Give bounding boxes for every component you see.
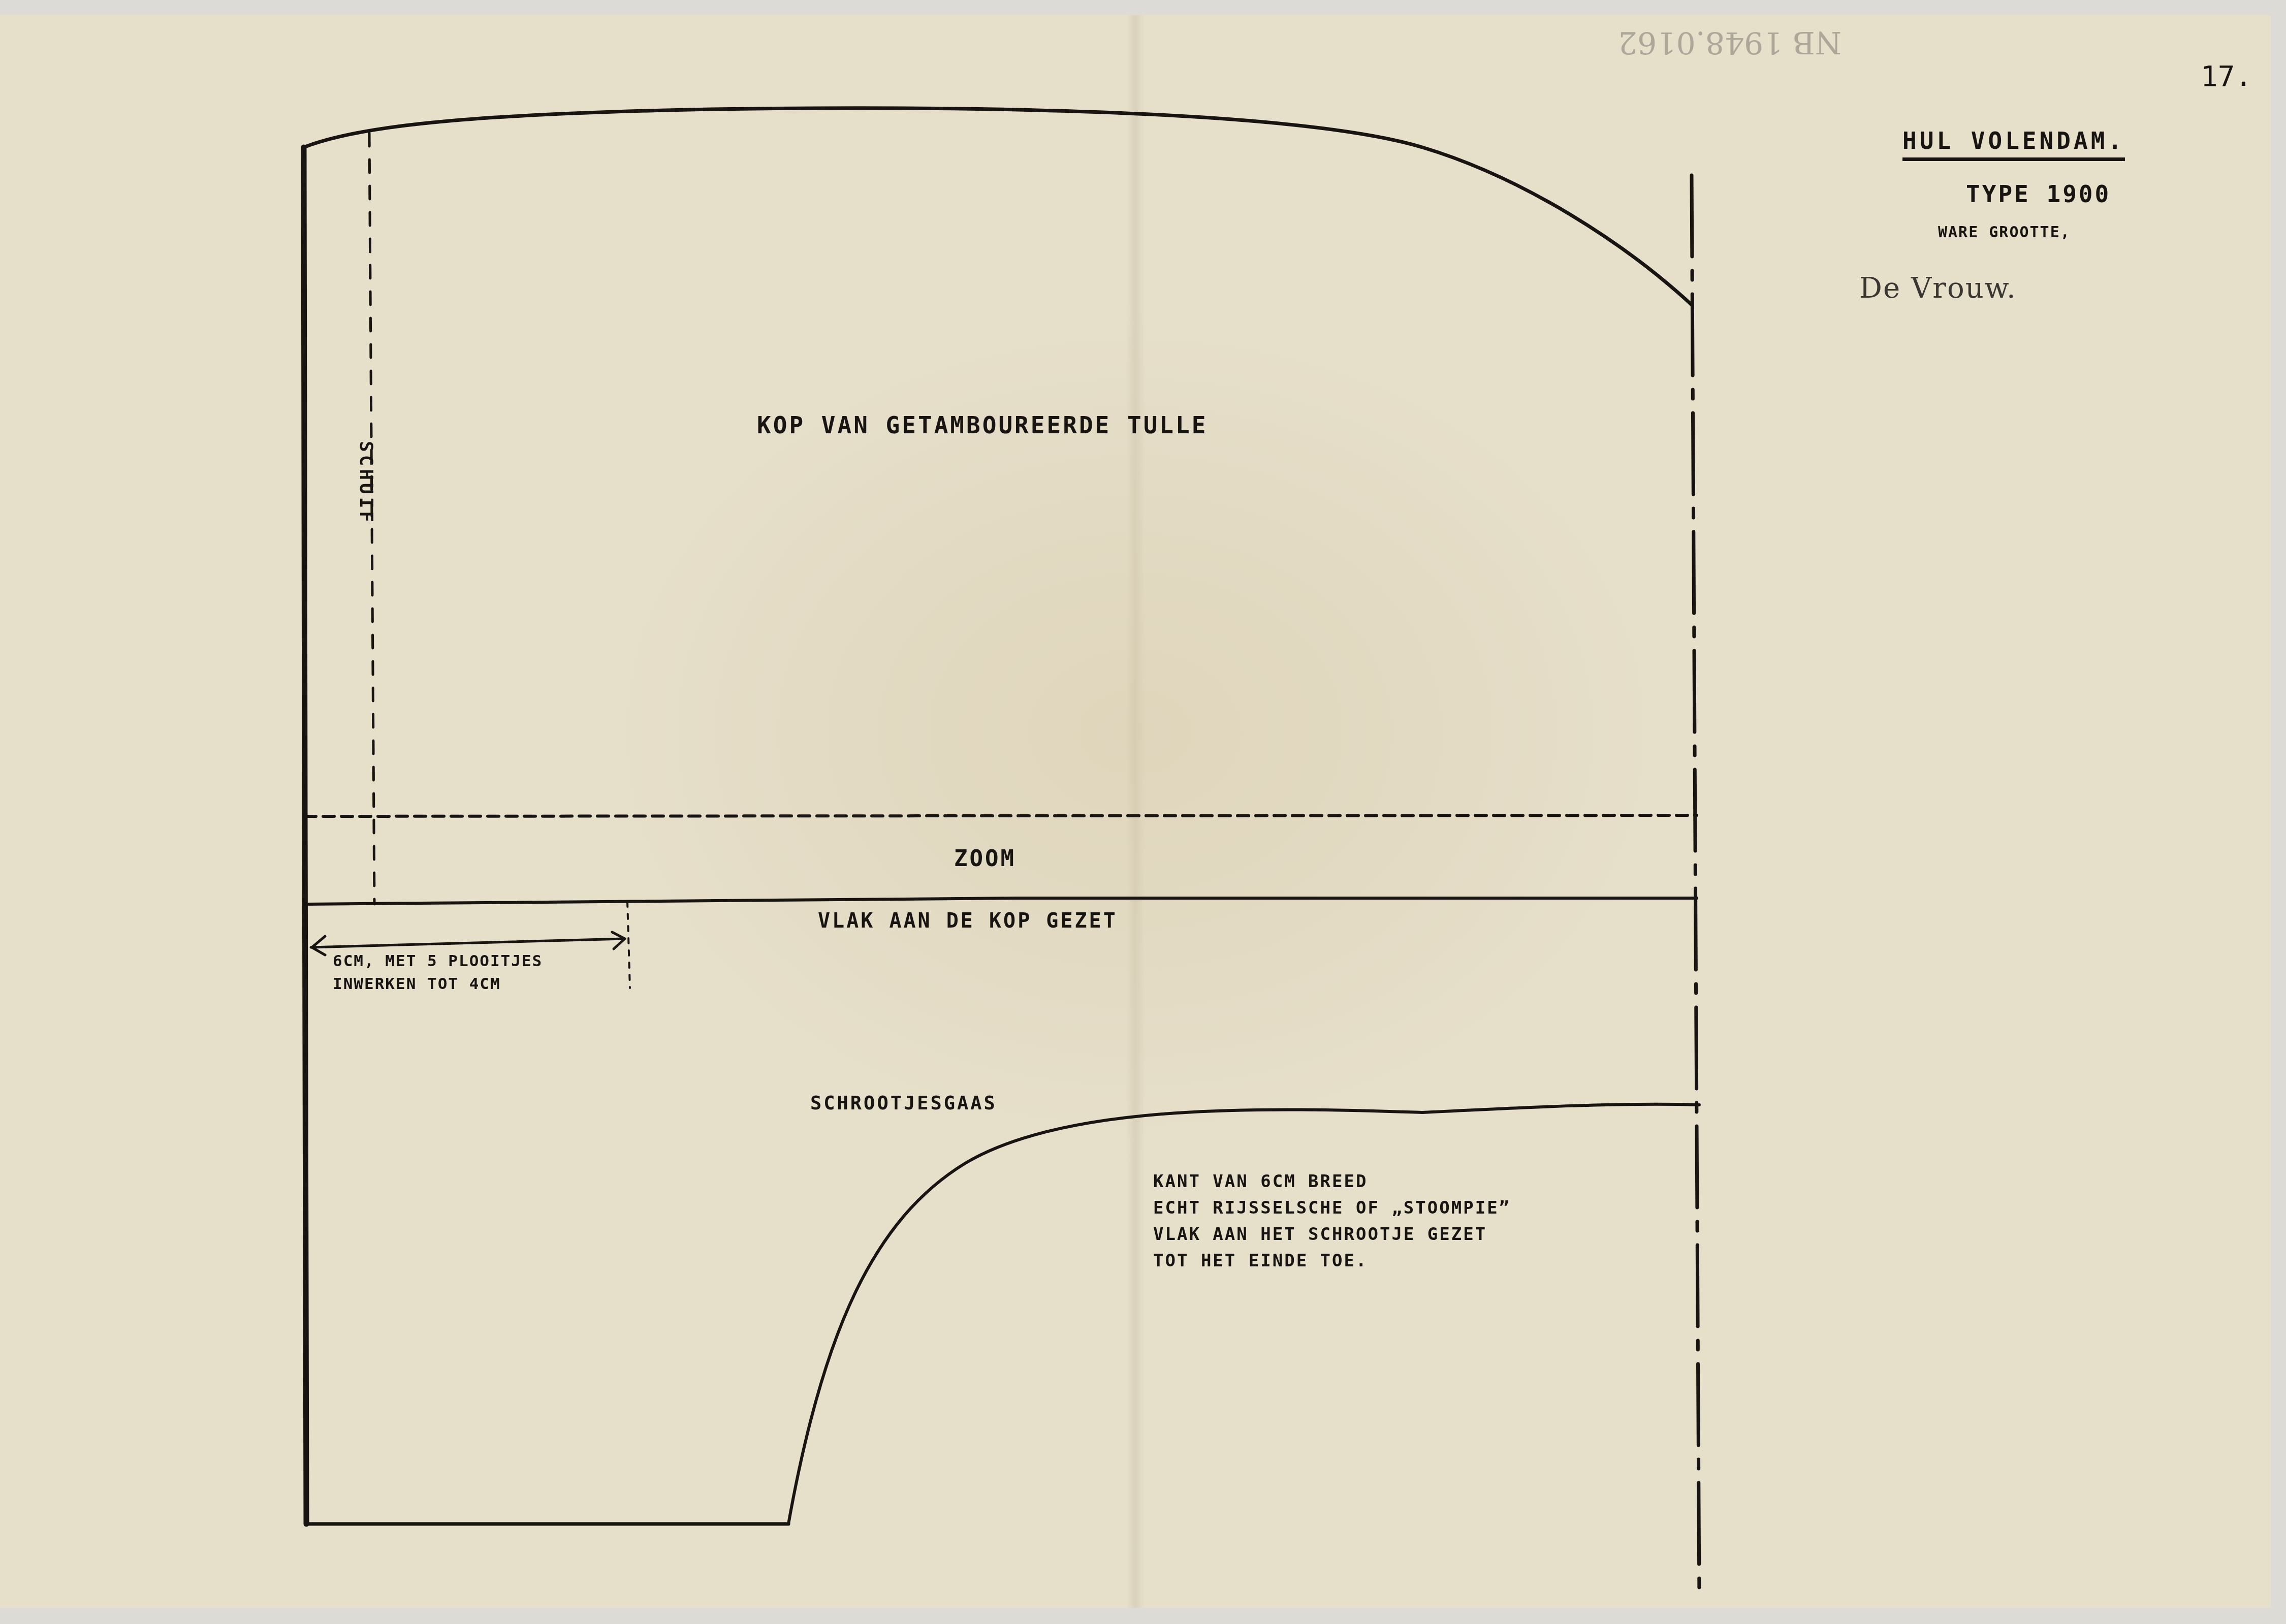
crown-label: KOP VAN GETAMBOUREERDE TULLE [757, 411, 1208, 439]
arrow-head-left [312, 936, 325, 955]
arrow-head-right [612, 932, 625, 949]
lower-fabric-label: SCHROOTJESGAAS [810, 1092, 997, 1114]
pleat-arrow [311, 939, 624, 947]
lace-note-line: VLAK AAN HET SCHROOTJE GEZET [1153, 1221, 1511, 1248]
pleat-note-line: 6CM, MET 5 PLOOITJES [333, 950, 543, 973]
pleat-note-line: INWERKEN TOT 4CM [333, 973, 543, 996]
handwritten-note: De Vrouw. [1859, 272, 2017, 305]
lower-curve [788, 1104, 1699, 1524]
pattern-top-curve [304, 108, 1692, 305]
page-number: 17. [2201, 60, 2252, 93]
lace-note-line: KANT VAN 6CM BREED [1153, 1168, 1511, 1195]
zoom-dashed-line [305, 815, 1697, 816]
type-label: TYPE 1900 [1966, 180, 2111, 208]
schuif-label: SCHUIF [356, 441, 376, 525]
pattern-left-edge [304, 147, 306, 1524]
seam-note: VLAK AAN DE KOP GEZET [818, 909, 1118, 933]
scale-note: WARE GROOTTE, [1938, 224, 2071, 241]
archive-mark: NB 1948.0162 [1618, 24, 1841, 60]
seam-line [305, 898, 1697, 904]
center-fold-line [1692, 175, 1699, 1600]
lace-note-line: ECHT RIJSSELSCHE OF „STOOMPIE” [1153, 1195, 1511, 1221]
lace-note: KANT VAN 6CM BREED ECHT RIJSSELSCHE OF „… [1153, 1168, 1511, 1274]
pleat-note: 6CM, MET 5 PLOOITJES INWERKEN TOT 4CM [333, 950, 543, 996]
hem-label: ZOOM [954, 846, 1016, 872]
page-title: HUL VOLENDAM. [1902, 127, 2125, 161]
pattern-drawing [0, 0, 2286, 1624]
pleat-marker-line [627, 902, 630, 988]
lace-note-line: TOT HET EINDE TOE. [1153, 1248, 1511, 1274]
